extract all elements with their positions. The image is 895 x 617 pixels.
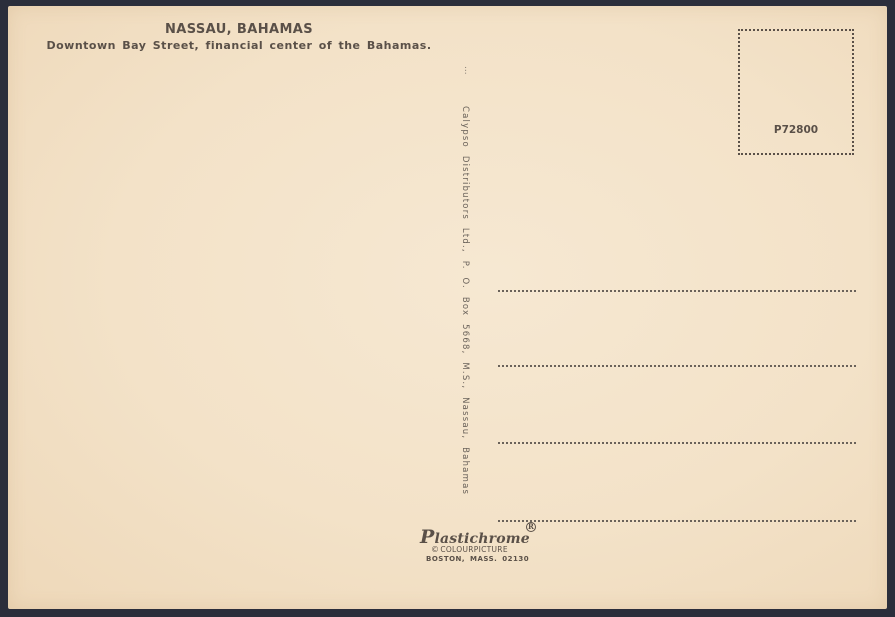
divider-marker: ...	[462, 66, 471, 75]
address-line-4	[498, 520, 856, 522]
plastichrome-wordmark: Plastichrome R	[416, 526, 536, 548]
printer-address: BOSTON, MASS. 02130	[416, 555, 536, 563]
address-line-2	[498, 365, 856, 367]
stamp-code: P72800	[740, 124, 852, 136]
address-line-1	[498, 290, 856, 292]
printer-logo: Plastichrome R ©COLOURPICTURE BOSTON, MA…	[416, 526, 536, 563]
registered-trademark-icon: R	[526, 522, 536, 532]
postcard-caption: Downtown Bay Street, financial center of…	[8, 39, 470, 52]
postcard-back: NASSAU, BAHAMAS Downtown Bay Street, fin…	[8, 6, 887, 609]
brand-rest: lastichrome	[435, 531, 530, 547]
address-line-3	[498, 442, 856, 444]
stamp-box: P72800	[738, 29, 854, 155]
postcard-title: NASSAU, BAHAMAS	[8, 22, 470, 37]
brand-initial: P	[420, 526, 435, 548]
publisher-divider-text: Calypso Distributors Ltd., P. O. Box 566…	[460, 106, 470, 495]
